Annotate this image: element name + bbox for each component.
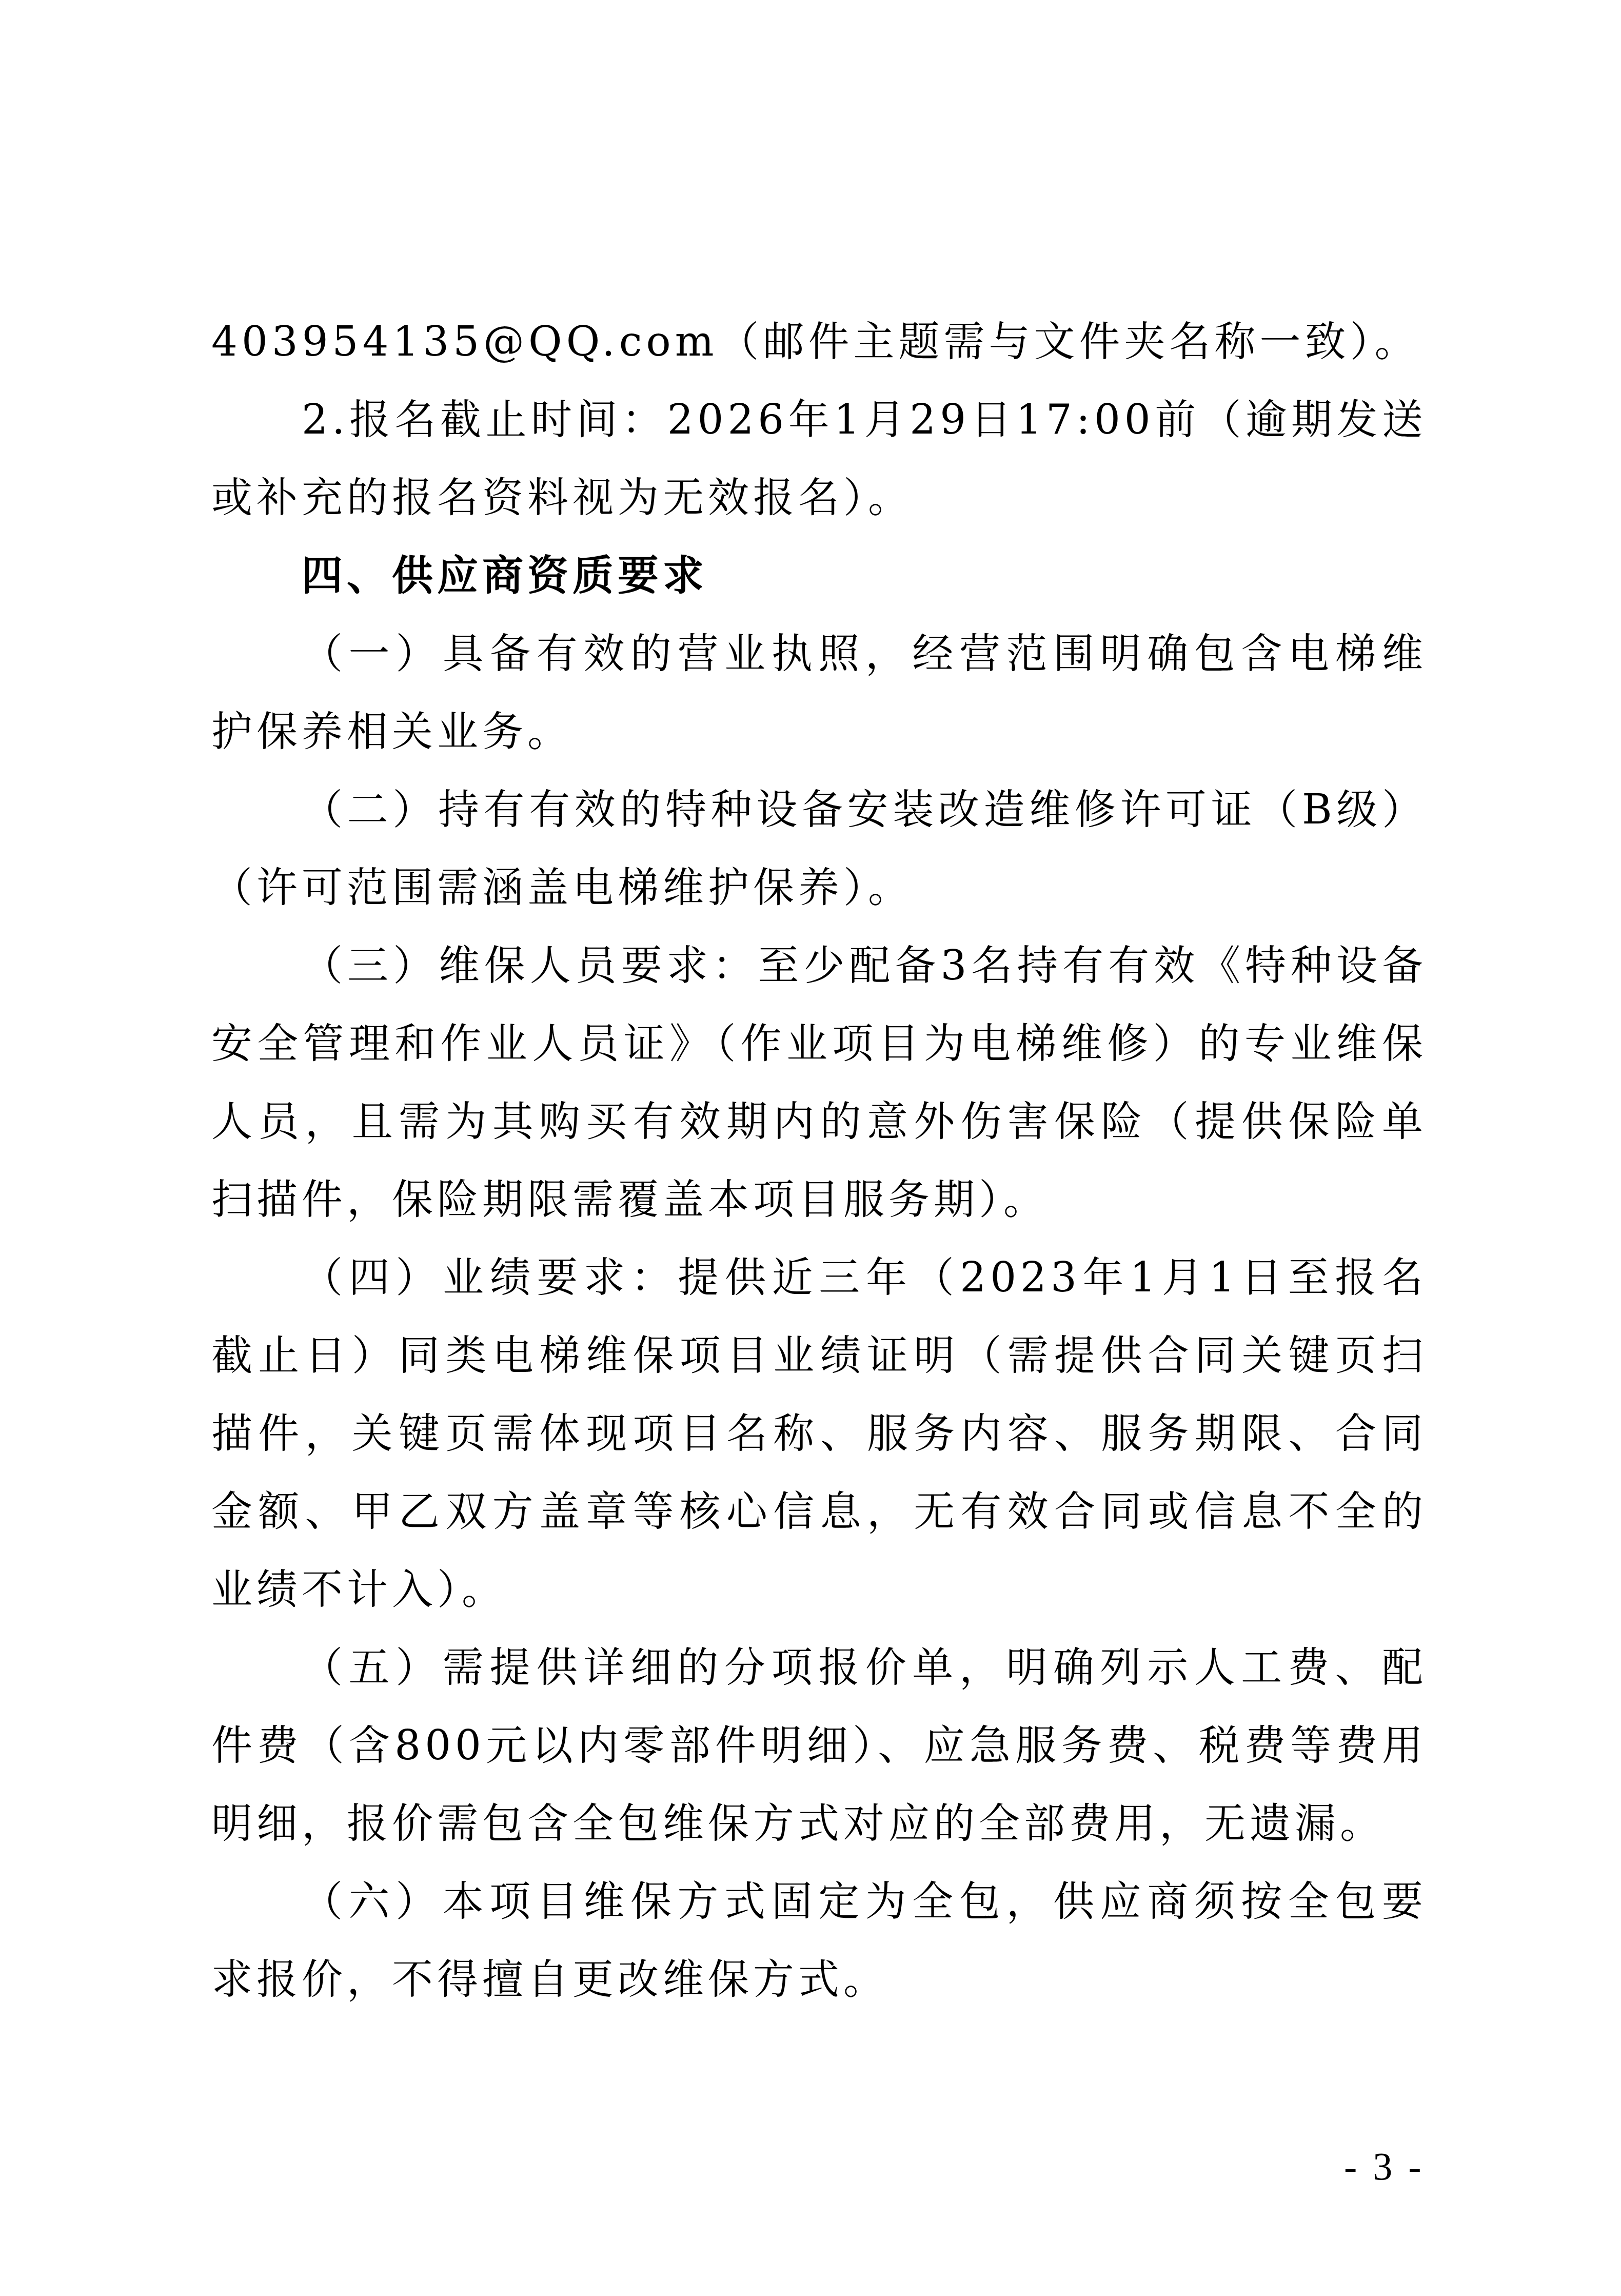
document-page: 403954135@QQ.com（邮件主题需与文件夹名称一致）。 2.报名截止时… <box>0 0 1621 2296</box>
requirement-4-performance-record: （四）业绩要求：提供近三年（2023年1月1日至报名截止日）同类电梯维保项目业绩… <box>211 1239 1427 1628</box>
requirement-3-maintenance-staff: （三）维保人员要求：至少配备3名持有有效《特种设备安全管理和作业人员证》（作业项… <box>211 927 1427 1239</box>
requirement-6-full-package-maintenance: （六）本项目维保方式固定为全包，供应商须按全包要求报价，不得擅自更改维保方式。 <box>211 1862 1427 2018</box>
requirement-2-special-equipment-license: （二）持有有效的特种设备安装改造维修许可证（B级）（许可范围需涵盖电梯维护保养）… <box>211 771 1427 927</box>
document-body: 403954135@QQ.com（邮件主题需与文件夹名称一致）。 2.报名截止时… <box>211 303 1427 2018</box>
requirement-1-business-license: （一）具备有效的营业执照，经营范围明确包含电梯维护保养相关业务。 <box>211 615 1427 771</box>
email-continuation-paragraph: 403954135@QQ.com（邮件主题需与文件夹名称一致）。 <box>211 303 1427 381</box>
section-heading-supplier-qualifications: 四、供应商资质要求 <box>211 537 1427 615</box>
page-number: - 3 - <box>1344 2145 1425 2189</box>
registration-deadline-paragraph: 2.报名截止时间：2026年1月29日17:00前（逾期发送或补充的报名资料视为… <box>211 381 1427 537</box>
requirement-5-itemized-quote: （五）需提供详细的分项报价单，明确列示人工费、配件费（含800元以内零部件明细）… <box>211 1628 1427 1862</box>
